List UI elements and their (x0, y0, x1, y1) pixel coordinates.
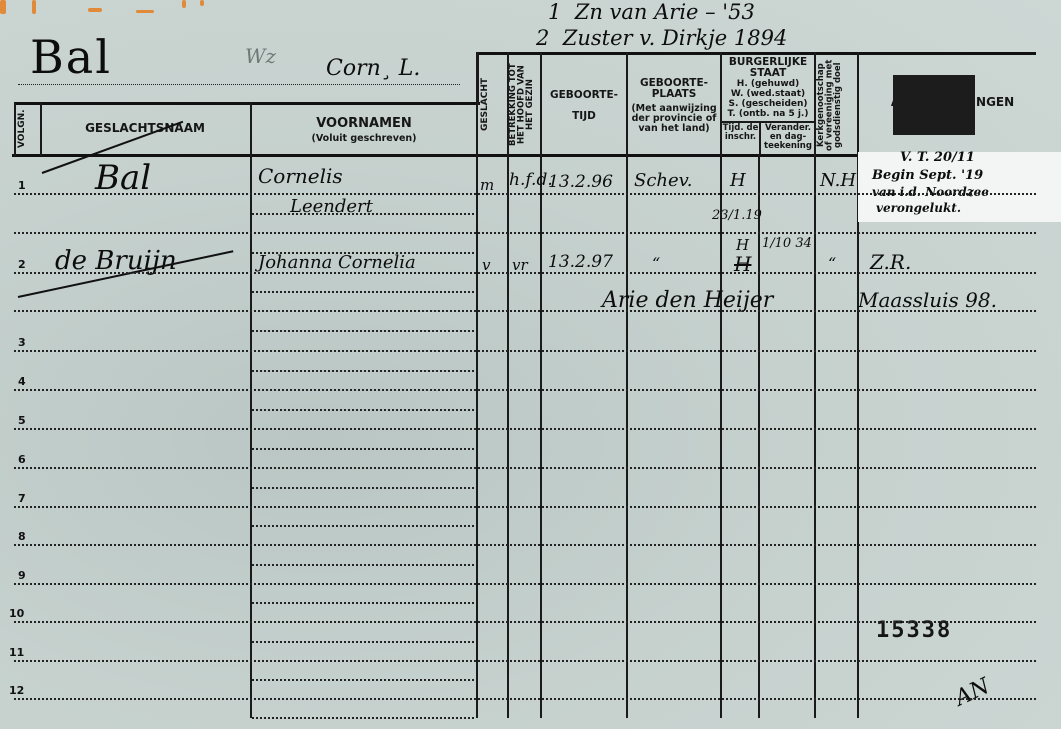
header-geslachtsnaam: GESLACHTSNAAM (42, 122, 248, 135)
row-number: 10 (9, 607, 24, 620)
col-line-verander (758, 155, 760, 718)
row2-kerkgenootschap: “ (828, 254, 836, 273)
row-number: 11 (9, 646, 24, 659)
header-kerkgenootschap: Kerkgenootschap of vereeniging met godsd… (817, 58, 855, 152)
row-number: 6 (18, 453, 26, 466)
row2-note: Z.R. (870, 250, 911, 274)
row1-note-3: van i.d. Noordzee (872, 185, 989, 199)
header-geboorteplaats: GEBOORTE- PLAATS (Met aanwijzing der pro… (628, 78, 720, 134)
voornamen-subrule (252, 409, 474, 411)
row1-datum-inschr: 23/1.19 (712, 208, 762, 223)
row2-voornamen: Johanna Cornelia (258, 252, 416, 273)
voornamen-subrule (252, 602, 474, 604)
row1-note-4: verongelukt. (876, 201, 961, 215)
row1-geboorteplaats: Schev. (634, 170, 692, 191)
row-rule (14, 544, 1036, 546)
family-name: Bal (30, 30, 112, 84)
header-top-rule-right (476, 52, 1036, 55)
tape-fragment (136, 10, 154, 13)
row1-note-1: V. T. 20/11 (900, 150, 975, 165)
row-rule (14, 193, 1036, 195)
row-number: 7 (18, 492, 26, 505)
header-voornamen-sub: (Voluit geschreven) (252, 134, 476, 144)
top-note-2: 2 Zuster v. Dirkje 1894 (536, 26, 787, 50)
voornamen-subrule (252, 213, 474, 215)
row2-geboorteplaats: “ (652, 254, 660, 273)
redaction-block (893, 75, 975, 135)
voornamen-subrule (252, 641, 474, 643)
col-line-geboorteplaats (626, 52, 628, 718)
header-geslacht: GESLACHT (481, 58, 505, 152)
header-top-rule-left (14, 102, 480, 105)
voornamen-subrule (252, 448, 474, 450)
voornamen-subrule (252, 330, 474, 332)
row-number: 2 (18, 258, 26, 271)
header-voornamen: VOORNAMEN (252, 117, 476, 131)
row2-remark-2: Maassluis 98. (858, 288, 997, 312)
col-line (14, 103, 16, 156)
tape-fragment (0, 0, 6, 14)
header-verander: Verander. en dag-teekening (762, 124, 814, 151)
tape-fragment (182, 0, 186, 8)
row-number: 3 (18, 336, 26, 349)
row1-geslacht: m (480, 176, 494, 194)
row1-betrekking: h.f.d. (509, 170, 553, 190)
voornamen-subrule (252, 525, 474, 527)
row-rule (14, 389, 1036, 391)
row1-kerkgenootschap: N.H. (820, 170, 862, 191)
row-rule (14, 350, 1036, 352)
row1-note-2: Begin Sept. '19 (872, 168, 983, 183)
voornamen-subrule (252, 564, 474, 566)
col-line-betrekking (507, 52, 509, 718)
row-number: 1 (18, 179, 26, 192)
voornamen-subrule (252, 370, 474, 372)
row-number: 12 (9, 684, 24, 697)
row-rule (14, 660, 1036, 662)
row-number: 8 (18, 530, 26, 543)
voornamen-subrule (252, 291, 474, 293)
registration-card: Bal Wz Corn¸ L. 1 Zn van Arie – '53 2 Zu… (0, 0, 1061, 729)
header-volgn: VOLGN. (18, 106, 32, 152)
row2-bs-date: 1/10 34 (762, 236, 812, 251)
voornamen-subrule (252, 717, 474, 719)
header-burgerlijke-staat: BURGERLIJKE STAAT (722, 57, 814, 79)
row-rule (14, 310, 1036, 312)
header-bs-options: H. (gehuwd) W. (wed.staat) S. (gescheide… (722, 80, 814, 120)
row-rule (14, 232, 1036, 234)
bs-subcolumn-line (759, 122, 761, 155)
col-line (40, 103, 42, 156)
row1-voornamen-1: Cornelis (258, 164, 343, 188)
row-rule (14, 583, 1036, 585)
col-line-geboortetijd (540, 52, 542, 718)
top-note-1: 1 Zn van Arie – '53 (548, 0, 755, 24)
row1-geboortetijd: 13.2.96 (548, 172, 613, 192)
row-number: 9 (18, 569, 26, 582)
tape-fragment (88, 8, 102, 12)
header-geboortetijd: GEBOORTE- TIJD (542, 90, 626, 122)
row-rule (14, 467, 1036, 469)
col-line-geslacht (476, 52, 478, 718)
row1-burgerlijke-staat: H (730, 170, 746, 191)
initials: AN (951, 674, 993, 712)
row-number: 5 (18, 414, 26, 427)
name-baseline (18, 84, 460, 85)
header-tijd-inschr: Tijd. de inschr. (722, 124, 759, 142)
pencil-note: Wz (245, 44, 276, 68)
row-rule (14, 272, 1036, 274)
voornamen-subrule (252, 252, 474, 254)
row-rule (14, 428, 1036, 430)
row-number: 4 (18, 375, 26, 388)
row-rule (14, 698, 1036, 700)
col-line-burgerlijke-staat (720, 52, 722, 718)
tape-fragment (200, 0, 204, 6)
row-rule (14, 506, 1036, 508)
row2-geboortetijd: 13.2.97 (548, 252, 613, 272)
col-line-kerkgenootschap (814, 52, 816, 718)
head-of-household: Corn¸ L. (326, 56, 420, 81)
voornamen-subrule (252, 679, 474, 681)
tape-fragment (32, 0, 36, 14)
voornamen-subrule (252, 487, 474, 489)
row1-geslachtsnaam: Bal (95, 158, 151, 198)
header-betrekking: BETREKKING TOT HET HOOFD VAN HET GEZIN (509, 58, 539, 152)
row-rule (14, 621, 1036, 623)
